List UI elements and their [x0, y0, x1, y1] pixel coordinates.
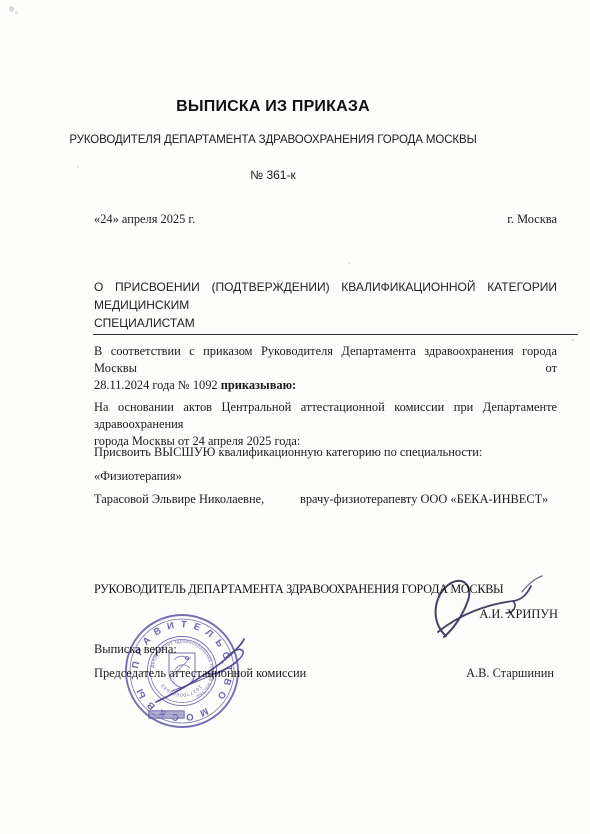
stamp-code-plate [148, 710, 185, 719]
recipient-name: Тарасовой Эльвире Николаевне, [94, 492, 264, 506]
chair-name: А.В. Старшинин [466, 665, 554, 682]
order-ref: 28.11.2024 года № 1092 [94, 378, 221, 392]
scan-speck [15, 11, 18, 14]
head-signature-ink [418, 568, 563, 648]
order-city: г. Москва [507, 211, 557, 228]
paragraph-basis: В соответствии с приказом Руководителя Д… [94, 343, 557, 394]
subject-line-1: О ПРИСВОЕНИИ (ПОДТВЕРЖДЕНИИ) КВАЛИФИКАЦИ… [94, 278, 557, 314]
scan-speck [348, 262, 351, 264]
document-subtitle: РУКОВОДИТЕЛЯ ДЕПАРТАМЕНТА ЗДРАВООХРАНЕНИ… [0, 134, 546, 146]
order-date: «24» апреля 2025 г. [94, 211, 195, 228]
recipient-row: Тарасовой Эльвире Николаевне, врачу-физи… [94, 491, 557, 508]
svg-text:ПРАВИТЕЛЬСТВО МОСКВЫ: ПРАВИТЕЛЬСТВО МОСКВЫ [130, 619, 233, 723]
scan-speck [571, 339, 574, 341]
official-round-stamp: ПРАВИТЕЛЬСТВО МОСКВЫ Департамент здравоо… [114, 603, 250, 739]
svg-text:Департамент здравоохранения го: Департамент здравоохранения города Москв… [150, 638, 215, 699]
stamp-inner-text: Департамент здравоохранения города Москв… [150, 638, 215, 699]
specialty-line: «Физиотерапия» [94, 468, 557, 485]
document-title: ВЫПИСКА ИЗ ПРИКАЗА [0, 98, 546, 116]
decree-word: приказываю: [221, 378, 296, 392]
assignment-line: Присвоить ВЫСШУЮ квалификационную катего… [94, 444, 557, 461]
paragraph-basis-line-1: В соответствии с приказом Руководителя Д… [94, 343, 557, 377]
stamp-outer-text: ПРАВИТЕЛЬСТВО МОСКВЫ [130, 619, 233, 723]
paragraph-grounds: На основании актов Центральной аттестаци… [94, 399, 557, 450]
paragraph-grounds-line-1: На основании актов Центральной аттестаци… [94, 399, 557, 433]
order-number: № 361-к [0, 168, 546, 182]
scanned-order-document: ВЫПИСКА ИЗ ПРИКАЗА РУКОВОДИТЕЛЯ ДЕПАРТАМ… [0, 0, 590, 834]
scan-speck [9, 6, 14, 12]
recipient-position: врачу-физиотерапевту ООО «БЕКА-ИНВЕСТ» [300, 491, 548, 508]
paragraph-basis-line-2: 28.11.2024 года № 1092 приказываю: [94, 377, 557, 394]
subject-paragraph: О ПРИСВОЕНИИ (ПОДТВЕРЖДЕНИИ) КВАЛИФИКАЦИ… [94, 278, 557, 332]
horizontal-rule [93, 334, 578, 335]
dateline: «24» апреля 2025 г. г. Москва [94, 211, 557, 228]
subject-line-2: СПЕЦИАЛИСТАМ [94, 314, 557, 332]
